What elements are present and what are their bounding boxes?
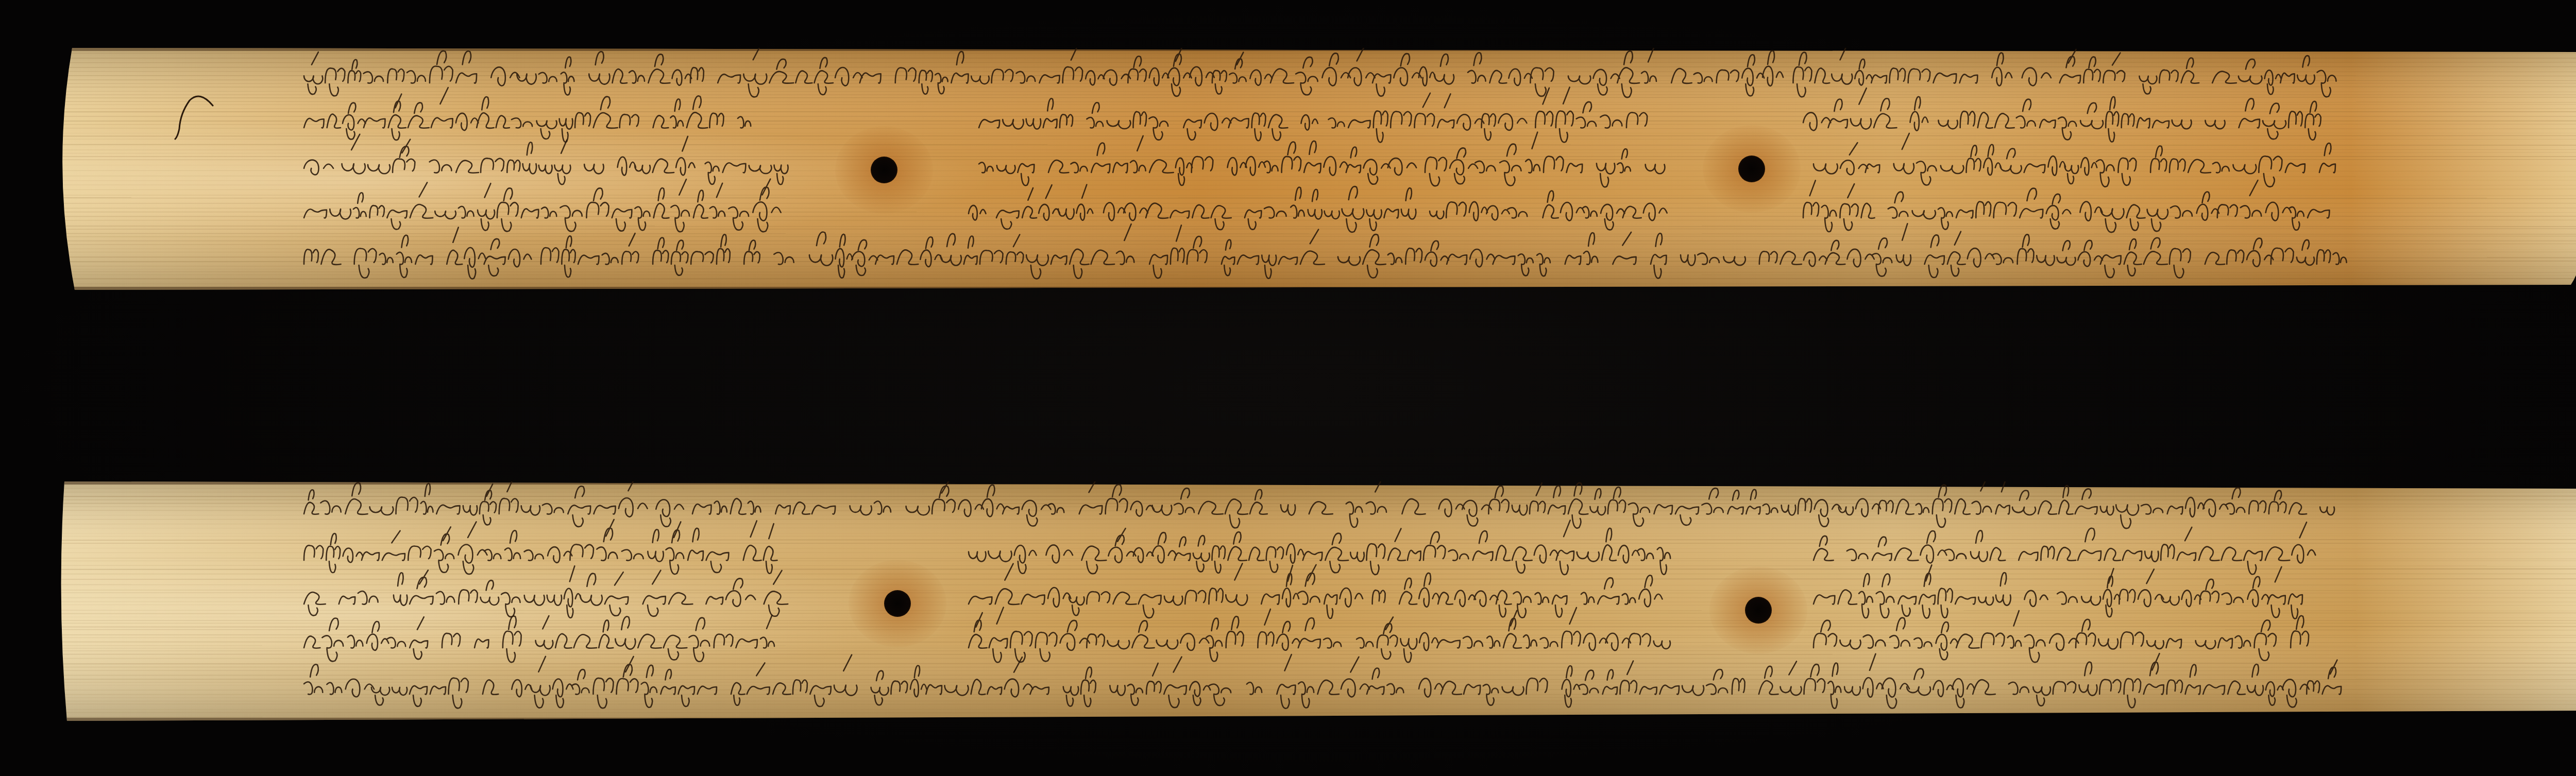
- script-line-5-segment-1: [304, 239, 2354, 275]
- script-line-4-segment-3: [1814, 623, 2318, 659]
- string-hole: [871, 157, 897, 183]
- script-line-2-segment-1: [304, 536, 788, 572]
- script-line-1-segment-1: [304, 58, 2349, 94]
- script-line-3-segment-1: [304, 579, 788, 615]
- script-line-3-segment-2: [979, 148, 1674, 184]
- script-line-4-segment-1: [304, 623, 788, 659]
- script-line-2-segment-2: [979, 103, 1680, 139]
- string-hole: [884, 590, 911, 617]
- marginal-mark-icon: [170, 93, 227, 149]
- palm-leaf-lower: [52, 481, 2576, 721]
- script-line-3-segment-1: [304, 148, 804, 184]
- script-line-5-segment-1: [304, 669, 2349, 705]
- palm-leaf-upper: [52, 48, 2576, 290]
- script-line-2-segment-3: [1814, 536, 2329, 572]
- script-line-3-segment-3: [1814, 148, 2349, 184]
- script-line-4-segment-2: [969, 623, 1685, 659]
- script-line-2-segment-1: [304, 103, 768, 139]
- string-hole: [1738, 156, 1765, 182]
- script-line-1-segment-1: [304, 489, 2349, 525]
- script-line-4-segment-2: [969, 193, 1674, 229]
- script-line-3-segment-2: [969, 579, 1680, 615]
- script-line-2-segment-2: [969, 536, 1680, 572]
- script-line-3-segment-3: [1814, 579, 2324, 615]
- script-line-2-segment-3: [1803, 103, 2329, 139]
- script-line-4-segment-3: [1803, 193, 2349, 229]
- script-line-4-segment-1: [304, 193, 788, 229]
- string-hole: [1745, 597, 1772, 624]
